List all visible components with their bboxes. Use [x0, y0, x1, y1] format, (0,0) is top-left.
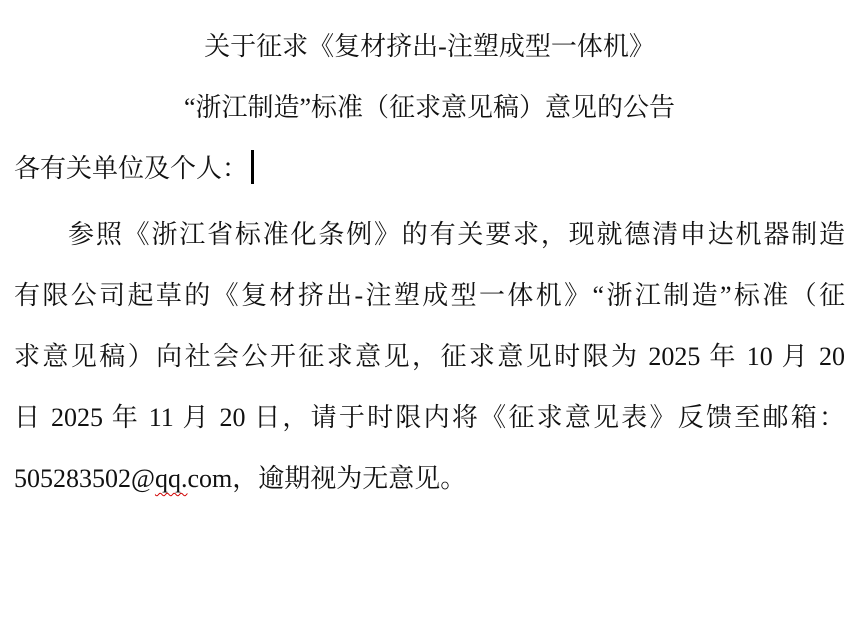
- paragraph-line-5: 505283502@qq.com，逾期视为无意见。: [14, 448, 845, 509]
- document-title-line-1: 关于征求《复材挤出-注塑成型一体机》: [14, 16, 845, 77]
- paragraph-line-1: 参照《浙江省标准化条例》的有关要求，现就德清申达机器制造: [14, 204, 845, 265]
- paragraph-line-4: 日 2025 年 11 月 20 日，请于时限内将《征求意见表》反馈至邮箱：: [14, 387, 845, 448]
- salutation-row: 各有关单位及个人：: [14, 138, 845, 199]
- body-paragraph: 参照《浙江省标准化条例》的有关要求，现就德清申达机器制造 有限公司起草的《复材挤…: [14, 204, 845, 509]
- document-page[interactable]: 关于征求《复材挤出-注塑成型一体机》 “浙江制造”标准（征求意见稿）意见的公告 …: [0, 0, 860, 625]
- email-address-prefix: 505283502@: [14, 464, 155, 493]
- paragraph-line-3: 求意见稿）向社会公开征求意见，征求意见时限为 2025 年 10 月 20: [14, 326, 845, 387]
- spellcheck-flagged-text: qq.: [155, 464, 188, 493]
- paragraph-closing-text: com，逾期视为无意见。: [187, 464, 466, 493]
- salutation-text: 各有关单位及个人：: [14, 154, 248, 183]
- document-title-line-2: “浙江制造”标准（征求意见稿）意见的公告: [14, 77, 845, 138]
- text-cursor-caret: [251, 150, 254, 184]
- document-canvas: { "page": { "background": "#ffffff", "te…: [0, 0, 860, 625]
- paragraph-line-2: 有限公司起草的《复材挤出-注塑成型一体机》“浙江制造”标准（征: [14, 265, 845, 326]
